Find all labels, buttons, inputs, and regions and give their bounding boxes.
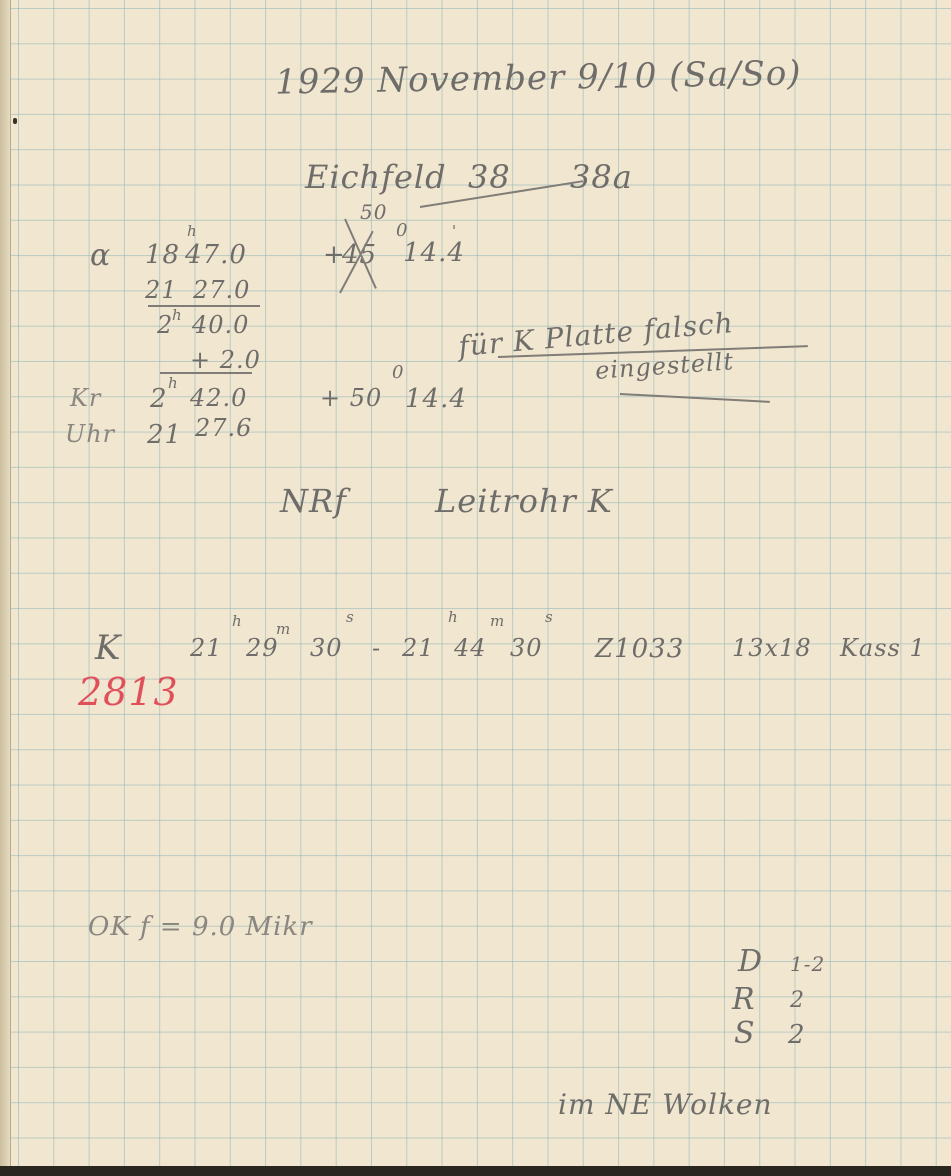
notebook-page: 1929 November 9/10 (Sa/So) Eichfeld 38 3… — [0, 0, 951, 1168]
start-seconds: 30 — [310, 634, 343, 662]
end-minutes-sup: m — [490, 612, 505, 630]
kr-hours-sup: h — [168, 374, 179, 392]
end-hours-sup: h — [448, 608, 459, 626]
end-hours: 21 — [402, 634, 435, 662]
field-name: Eichfeld — [305, 158, 447, 196]
calc-result-hours: 2 — [157, 311, 173, 339]
condition-label: R — [732, 982, 756, 1017]
footer-note: im NE Wolken — [558, 1088, 773, 1121]
kr-dec: + 50 — [320, 384, 382, 412]
dec-minutes: 14.4 — [403, 238, 465, 268]
dec-corrected: 50 — [360, 200, 387, 224]
start-minutes-sup: m — [276, 620, 291, 638]
date-line: 1929 November 9/10 (Sa/So) — [275, 53, 802, 102]
calc-result-hours-sup: h — [172, 306, 183, 324]
alpha-hours: 18 — [145, 240, 180, 270]
end-minutes: 44 — [454, 634, 487, 662]
exposure-dash: - — [372, 634, 381, 662]
field-new-number: 38a — [570, 158, 633, 196]
condition-value: 2 — [790, 988, 805, 1013]
condition-value: 2 — [788, 1020, 806, 1050]
start-hours-sup: h — [232, 612, 243, 630]
page-bottom-edge — [0, 1166, 951, 1176]
calc-row2-minutes: 27.0 — [193, 276, 250, 304]
start-minutes: 29 — [246, 634, 279, 662]
uhr-hours: 21 — [147, 420, 182, 450]
calc-row2-hours: 21 — [145, 276, 178, 304]
kr-dec-minutes: 14.4 — [405, 384, 467, 414]
page-margin — [0, 0, 11, 1168]
plate-number: 2813 — [78, 670, 179, 714]
instrument-right: Leitrohr K — [435, 482, 613, 520]
start-hours: 21 — [190, 634, 223, 662]
uhr-label: Uhr — [65, 420, 115, 448]
plate-size: 13x18 — [732, 634, 812, 662]
plate-type: Z1033 — [595, 634, 684, 664]
instrument-left: NRf — [280, 482, 347, 520]
condition-label: S — [734, 1016, 756, 1051]
calc-add: + 2.0 — [190, 346, 261, 374]
alpha-hours-sup: h — [187, 222, 198, 240]
end-seconds-sup: s — [545, 608, 554, 626]
field-old-number: 38 — [468, 158, 511, 196]
cassette: Kass 1 — [840, 634, 926, 662]
uhr-minutes: 27.6 — [195, 414, 252, 442]
start-seconds-sup: s — [346, 608, 355, 626]
sum-line-1 — [148, 305, 260, 307]
alpha-minutes: 47.0 — [185, 240, 247, 270]
calc-result-minutes: 40.0 — [192, 311, 249, 339]
end-seconds: 30 — [510, 634, 543, 662]
kr-dec-sup: 0 — [392, 362, 404, 383]
kr-label: Kr — [70, 384, 101, 412]
camera-label: K — [95, 628, 121, 668]
note-underline-2 — [620, 393, 770, 403]
focus-note: OK f = 9.0 Mikr — [88, 912, 313, 942]
kr-minutes: 42.0 — [190, 384, 247, 412]
condition-label: D — [738, 944, 763, 979]
alpha-symbol: α — [90, 238, 111, 273]
binding-mark — [13, 118, 17, 124]
kr-hours: 2 — [150, 384, 168, 414]
condition-value: 1-2 — [790, 952, 825, 976]
